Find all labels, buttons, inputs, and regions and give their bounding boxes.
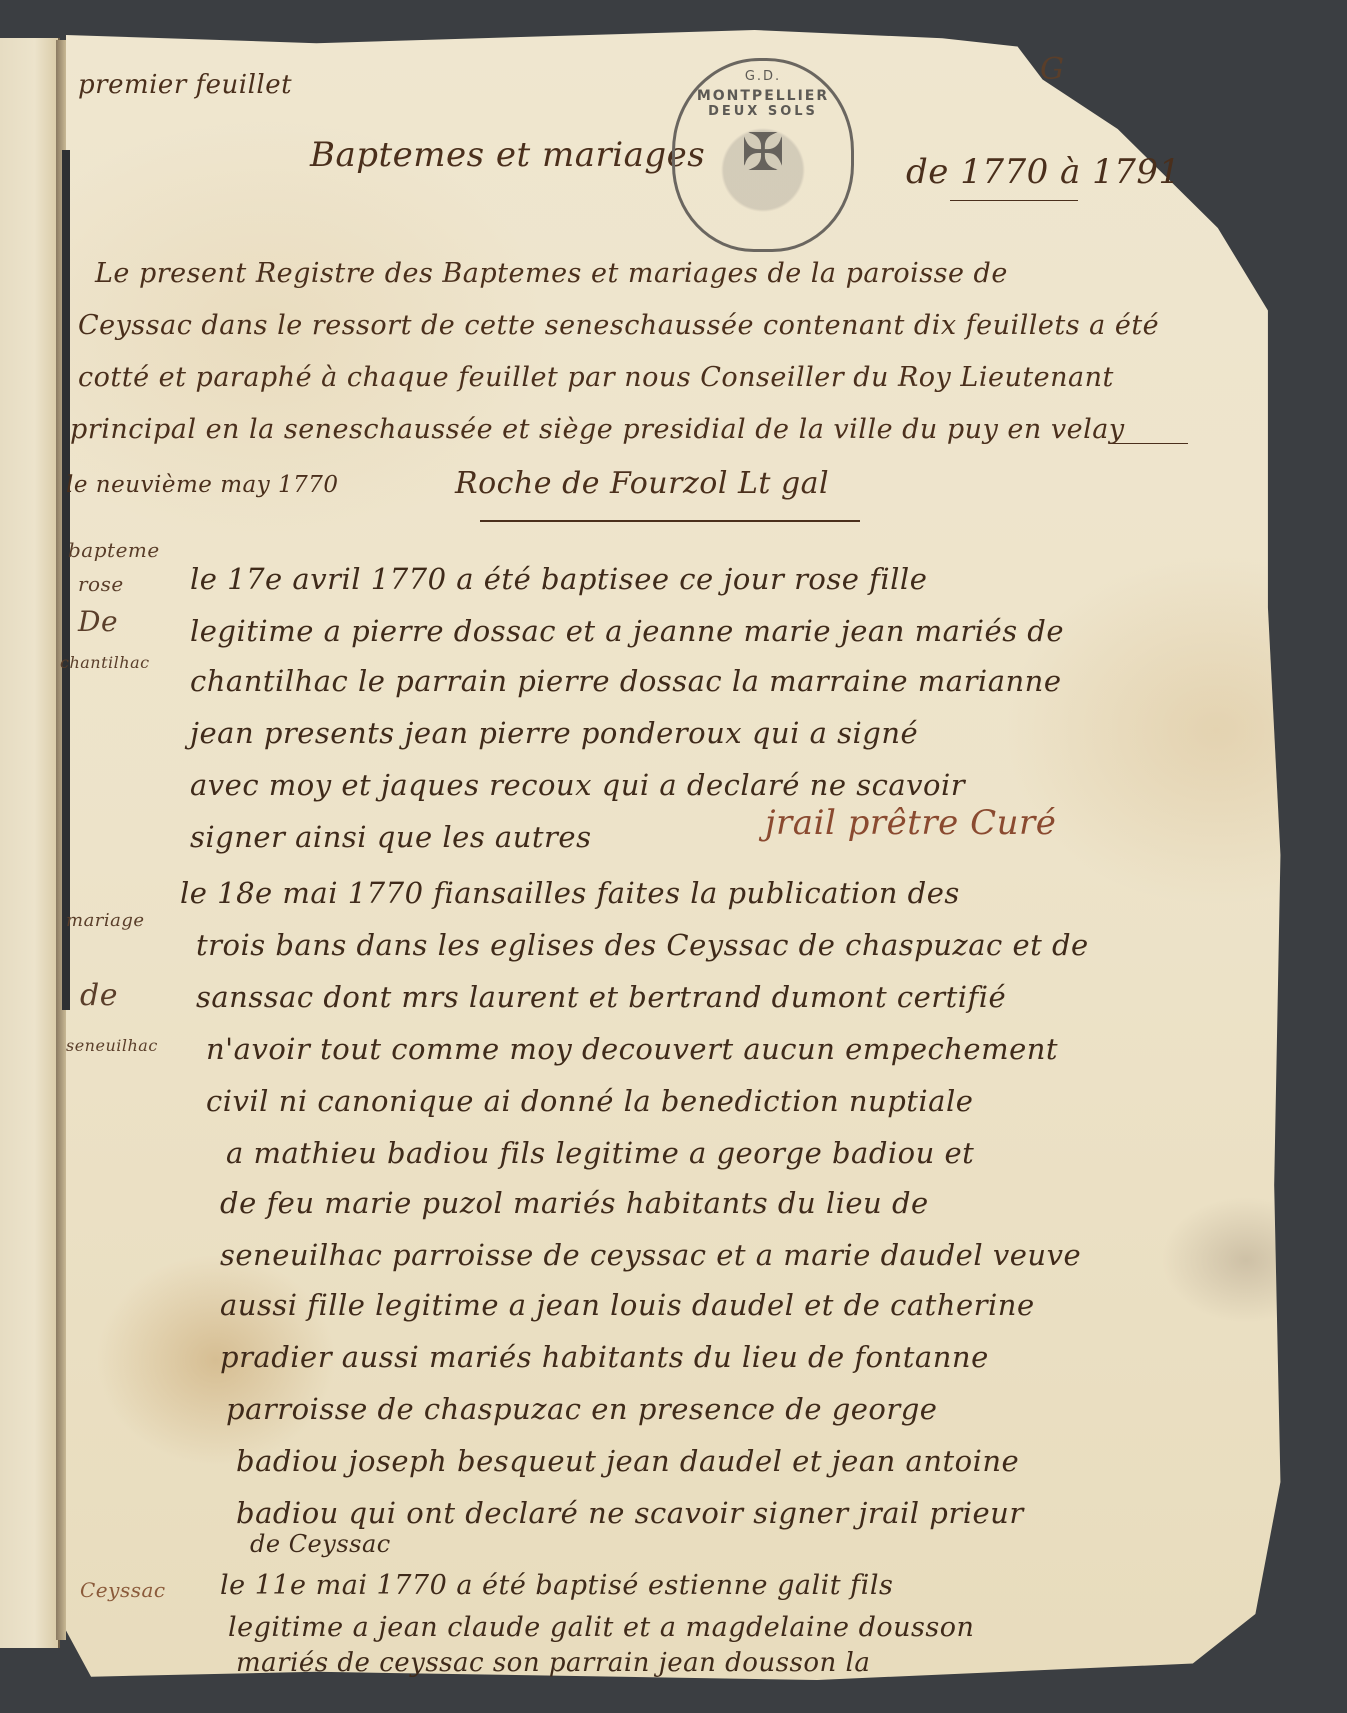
preamble-line-1: Le present Registre des Baptemes et mari… — [95, 258, 1008, 289]
lieutenant-signature: Roche de Fourzol Lt gal — [455, 466, 829, 501]
date-range: de 1770 à 1791 — [906, 152, 1181, 192]
margin-note-marriage-de: de — [80, 978, 118, 1013]
entry1-line-2: legitime a pierre dossac et a jeanne mar… — [190, 614, 1064, 648]
preamble-line-2: Ceyssac dans le ressort de cette senesch… — [78, 310, 1159, 341]
entry2-line-12: badiou joseph besqueut jean daudel et je… — [236, 1444, 1019, 1478]
entry1-line-5: avec moy et jaques recoux qui a declaré … — [190, 768, 965, 802]
entry2-line-2: trois bans dans les eglises des Ceyssac … — [196, 928, 1089, 962]
stamp-top: G.D. — [675, 69, 851, 84]
register-title: Baptemes et mariages — [310, 135, 705, 175]
entry1-line-6: signer ainsi que les autres — [190, 820, 591, 854]
entry3-line-3: mariés de ceyssac son parrain jean douss… — [236, 1648, 870, 1678]
margin-note-baptism-1-name: rose — [78, 572, 124, 596]
margin-note-baptism-2: Ceyssac — [80, 1578, 166, 1602]
folio-note: premier feuillet — [78, 70, 292, 100]
entry2-line-14: de Ceyssac — [250, 1530, 391, 1558]
entry2-line-6: a mathieu badiou fils legitime a george … — [226, 1136, 974, 1170]
corner-paraph: G — [1040, 52, 1064, 87]
preamble-line-3: cotté et paraphé à chaque feuillet par n… — [78, 362, 1114, 393]
entry2-line-10: pradier aussi mariés habitants du lieu d… — [220, 1340, 989, 1374]
entry3-line-1: le 11e mai 1770 a été baptisé estienne g… — [220, 1570, 893, 1601]
entry1-line-3: chantilhac le parrain pierre dossac la m… — [190, 664, 1062, 698]
signature-underline — [480, 520, 860, 522]
entry2-line-7: de feu marie puzol mariés habitants du l… — [220, 1186, 929, 1220]
entry2-line-3: sanssac dont mrs laurent et bertrand dum… — [196, 980, 1006, 1014]
preamble-end-rule — [1110, 443, 1188, 444]
entry1-line-4: jean presents jean pierre ponderoux qui … — [190, 716, 918, 750]
entry2-line-13: badiou qui ont declaré ne scavoir signer… — [236, 1496, 1024, 1530]
entry2-line-5: civil ni canonique ai donné la benedicti… — [206, 1084, 973, 1118]
gutter-shadow — [62, 150, 70, 1010]
entry2-line-4: n'avoir tout comme moy decouvert aucun e… — [206, 1032, 1058, 1066]
preamble-date: le neuvième may 1770 — [66, 472, 339, 498]
curate-signature-1: jrail prêtre Curé — [765, 803, 1056, 843]
entry2-line-1: le 18e mai 1770 fiansailles faites la pu… — [180, 876, 960, 910]
tax-stamp: G.D. MONTPELLIER DEUX SOLS ✠ — [672, 58, 854, 252]
entry2-line-11: parroisse de chaspuzac en presence de ge… — [226, 1392, 937, 1426]
entry2-line-8: seneuilhac parroisse de ceyssac et a mar… — [220, 1238, 1081, 1272]
entry2-line-9: aussi fille legitime a jean louis daudel… — [220, 1288, 1035, 1322]
margin-note-baptism-1-de: De — [78, 605, 118, 638]
stamp-line2: DEUX SOLS — [675, 104, 851, 119]
entry1-line-1: le 17e avril 1770 a été baptisee ce jour… — [190, 562, 927, 596]
margin-note-marriage-place: seneuilhac — [66, 1036, 158, 1055]
date-underline — [950, 200, 1078, 201]
entry3-line-2: legitime a jean claude galit et a magdel… — [228, 1612, 974, 1643]
margin-note-marriage: mariage — [66, 910, 145, 931]
margin-note-baptism-1-place: chantilhac — [60, 653, 150, 672]
adjacent-page-edge — [0, 38, 60, 1648]
preamble-line-4: principal en la seneschaussée et siège p… — [70, 414, 1125, 445]
stamp-line1: MONTPELLIER — [675, 88, 851, 104]
cross-emblem-icon: ✠ — [675, 123, 851, 183]
margin-note-baptism-1: bapteme — [68, 538, 160, 562]
